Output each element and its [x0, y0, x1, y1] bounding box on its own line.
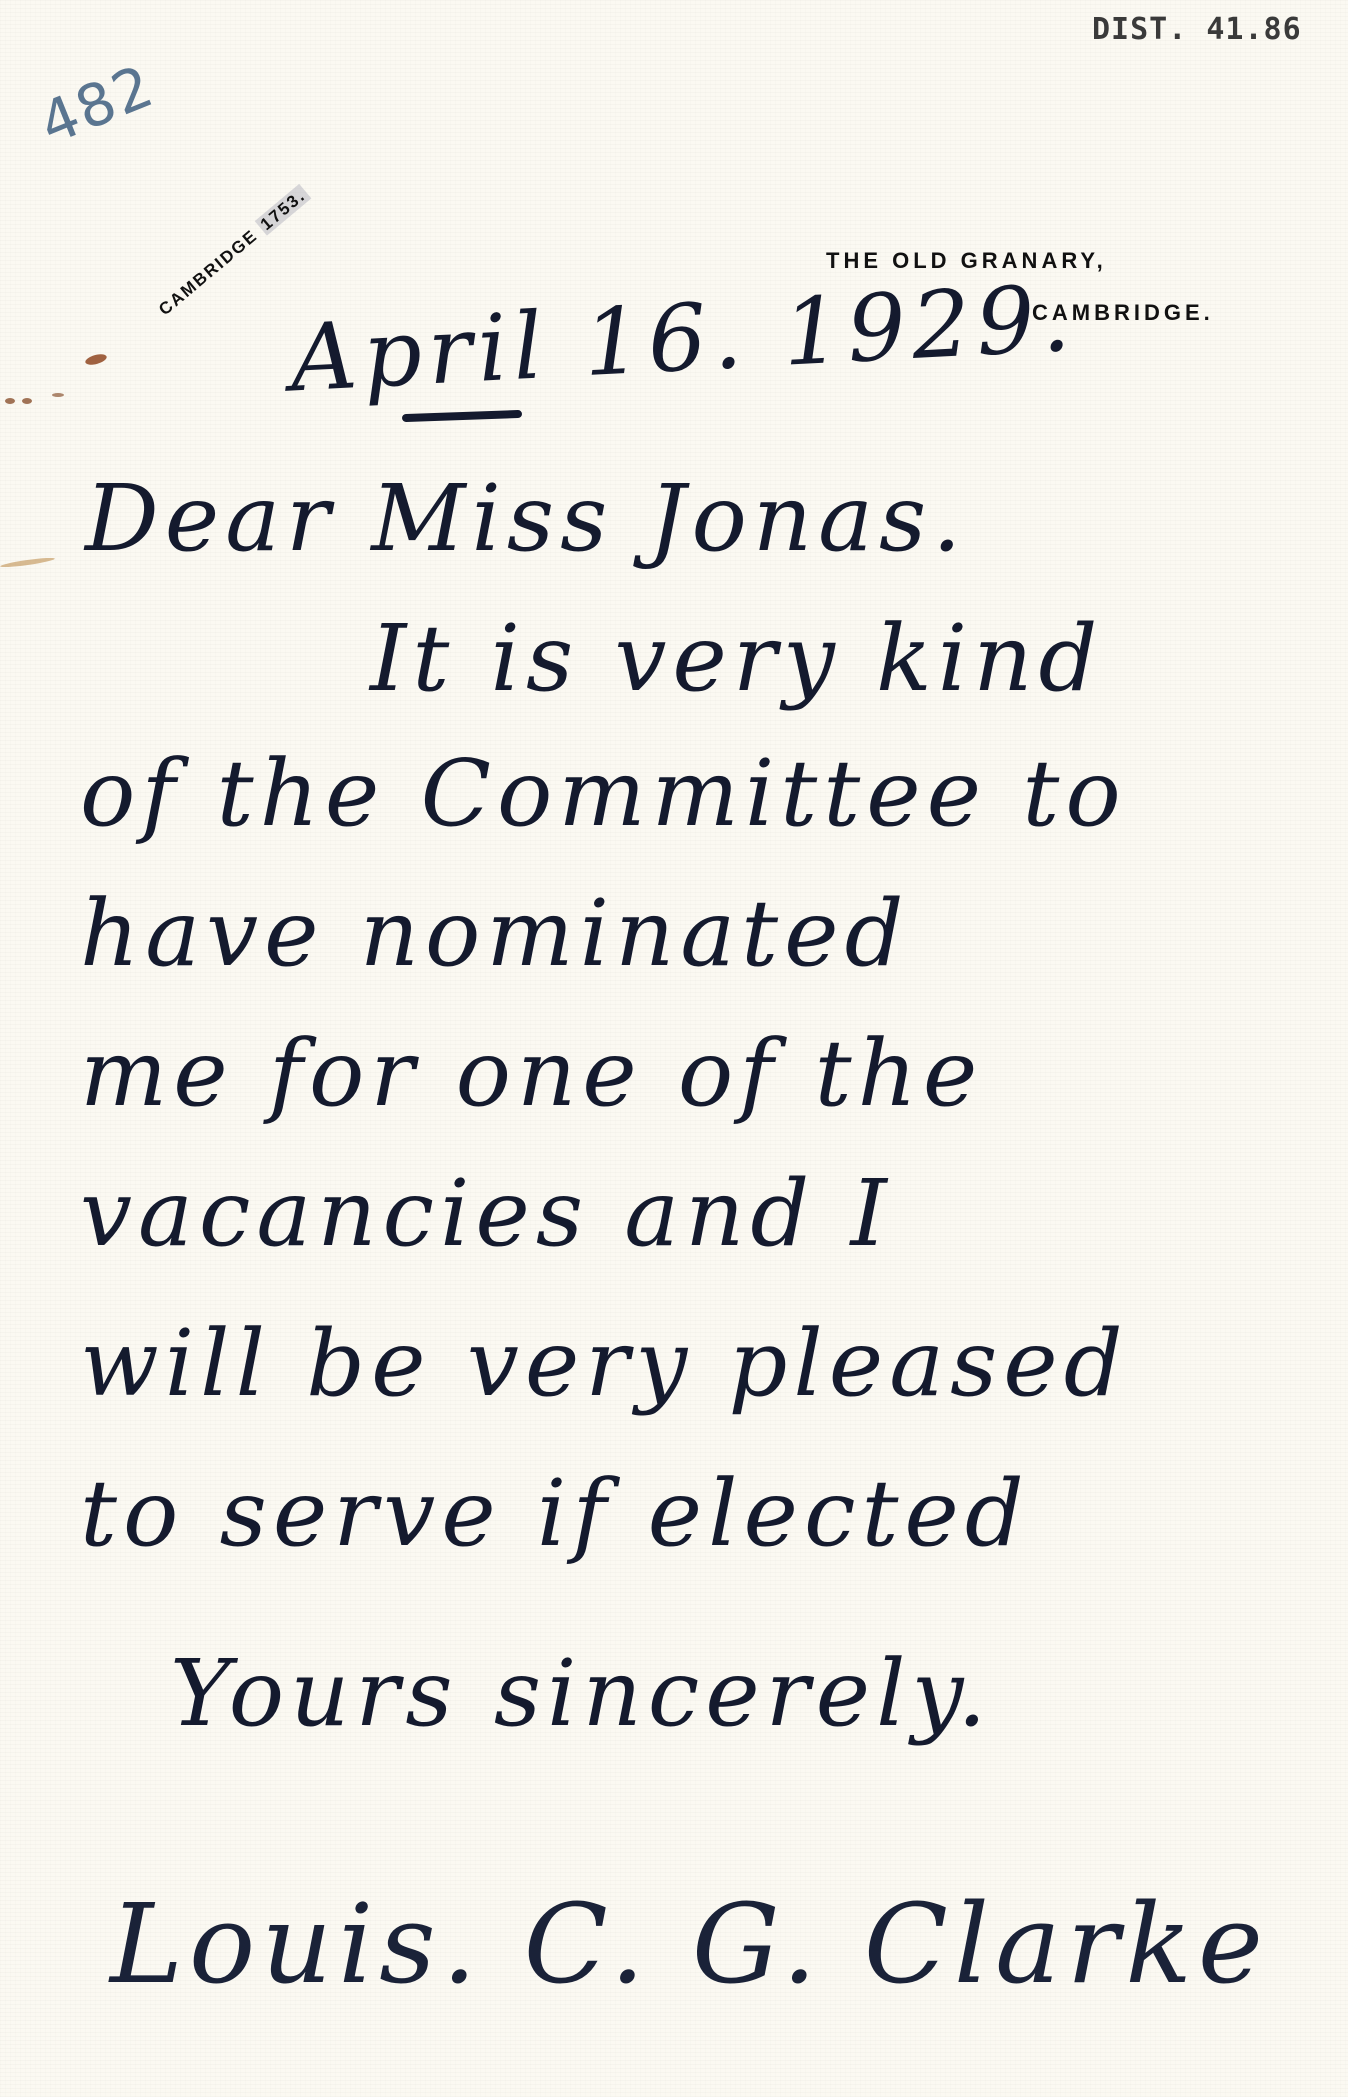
body-line: have nominated [80, 880, 909, 987]
salutation: Dear Miss Jonas. [85, 465, 967, 572]
archive-reference: DIST. 41.86 [1092, 12, 1302, 47]
body-line: will be very pleased [80, 1310, 1129, 1417]
body-line: me for one of the [80, 1020, 983, 1127]
folio-number: 482 [30, 51, 164, 158]
body-line: of the Committee to [80, 740, 1127, 847]
letter-date: April 16. 1929. [288, 264, 1079, 412]
date-underline [402, 410, 522, 422]
body-line: It is very kind [370, 605, 1103, 712]
stamp-text: CAMBRIDGE [155, 226, 261, 320]
rust-stain [5, 398, 15, 404]
stamp-year: 1753. [254, 184, 311, 236]
signature: Louis. C. G. Clarke [110, 1880, 1269, 2008]
rust-stain [0, 556, 55, 569]
rust-stain [84, 352, 108, 366]
body-line: to serve if elected [80, 1460, 1030, 1567]
rust-stain [52, 393, 64, 397]
closing: Yours sincerely. [170, 1640, 993, 1747]
body-line: vacancies and I [80, 1160, 893, 1267]
rust-stain [22, 398, 32, 404]
embossed-stamp: CAMBRIDGE 1753. [155, 184, 312, 320]
